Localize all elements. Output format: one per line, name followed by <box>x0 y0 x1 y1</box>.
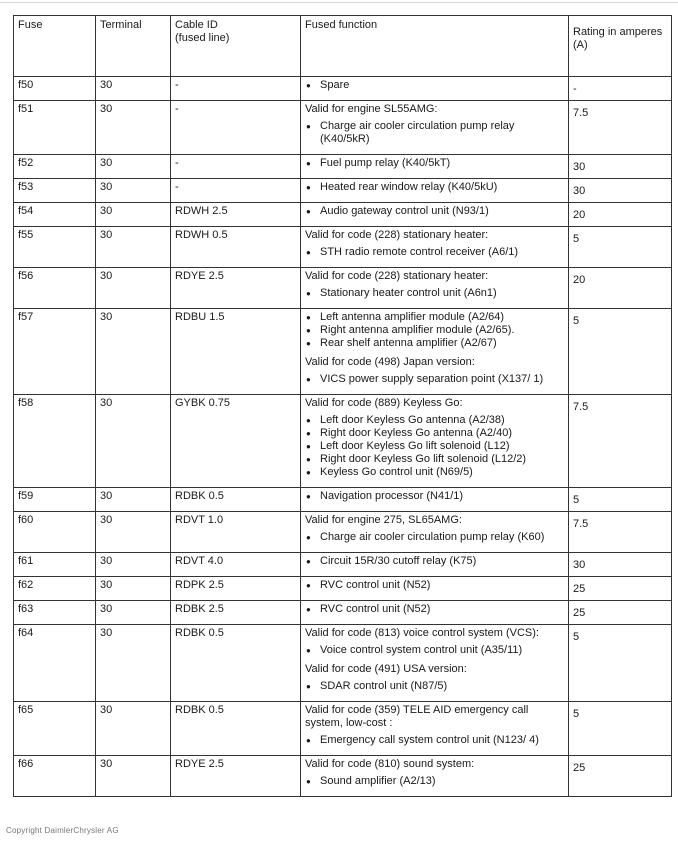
fused-function-cell: Fuel pump relay (K40/5kT) <box>301 155 569 179</box>
cable-id-cell: - <box>171 155 301 179</box>
function-item: Emergency call system control unit (N123… <box>305 734 564 747</box>
page-top-rule <box>0 2 678 3</box>
terminal-cell: 30 <box>96 756 171 797</box>
function-list: Circuit 15R/30 cutoff relay (K75) <box>305 555 564 568</box>
fuse-cell: f50 <box>14 77 96 101</box>
function-block: Valid for code (228) stationary heater:S… <box>305 229 564 259</box>
rating-cell: 7.5 <box>569 395 672 488</box>
function-block: Valid for code (810) sound system:Sound … <box>305 758 564 788</box>
terminal-cell: 30 <box>96 203 171 227</box>
terminal-cell: 30 <box>96 488 171 512</box>
function-item: Heated rear window relay (K40/5kU) <box>305 181 564 194</box>
table-row: f5030-Spare- <box>14 77 672 101</box>
function-item: Stationary heater control unit (A6n1) <box>305 287 564 300</box>
header-cable-id: Cable ID (fused line) <box>171 16 301 77</box>
header-fused-function: Fused function <box>301 16 569 77</box>
function-list: RVC control unit (N52) <box>305 579 564 592</box>
terminal-cell: 30 <box>96 512 171 553</box>
function-item: Left door Keyless Go antenna (A2/38) <box>305 414 564 427</box>
terminal-cell: 30 <box>96 702 171 756</box>
function-item: Right antenna amplifier module (A2/65). <box>305 324 564 337</box>
fused-function-cell: Valid for code (359) TELE AID emergency … <box>301 702 569 756</box>
rating-cell: 5 <box>569 625 672 702</box>
function-block: Valid for code (498) Japan version:VICS … <box>305 356 564 386</box>
function-item: Audio gateway control unit (N93/1) <box>305 205 564 218</box>
function-list: Fuel pump relay (K40/5kT) <box>305 157 564 170</box>
fuse-cell: f51 <box>14 101 96 155</box>
rating-cell: 25 <box>569 756 672 797</box>
table-row: f6330RDBK 2.5RVC control unit (N52)25 <box>14 601 672 625</box>
fused-function-cell: Valid for code (810) sound system:Sound … <box>301 756 569 797</box>
fused-function-cell: Circuit 15R/30 cutoff relay (K75) <box>301 553 569 577</box>
validity-note: Valid for engine 275, SL65AMG: <box>305 514 564 527</box>
header-terminal: Terminal <box>96 16 171 77</box>
cable-id-cell: RDBK 0.5 <box>171 625 301 702</box>
function-block: Valid for code (359) TELE AID emergency … <box>305 704 564 747</box>
function-block: Valid for engine 275, SL65AMG:Charge air… <box>305 514 564 544</box>
fuse-cell: f52 <box>14 155 96 179</box>
cable-id-cell: RDVT 4.0 <box>171 553 301 577</box>
rating-cell: - <box>569 77 672 101</box>
cable-id-cell: RDBK 2.5 <box>171 601 301 625</box>
cable-id-cell: - <box>171 77 301 101</box>
function-block: Circuit 15R/30 cutoff relay (K75) <box>305 555 564 568</box>
terminal-cell: 30 <box>96 395 171 488</box>
fuse-cell: f59 <box>14 488 96 512</box>
validity-note: Valid for code (813) voice control syste… <box>305 627 564 640</box>
table-row: f6130RDVT 4.0Circuit 15R/30 cutoff relay… <box>14 553 672 577</box>
fused-function-cell: Valid for code (228) stationary heater:S… <box>301 227 569 268</box>
function-item: Circuit 15R/30 cutoff relay (K75) <box>305 555 564 568</box>
fuse-cell: f56 <box>14 268 96 309</box>
fuse-cell: f62 <box>14 577 96 601</box>
table-row: f5130-Valid for engine SL55AMG:Charge ai… <box>14 101 672 155</box>
fused-function-cell: Navigation processor (N41/1) <box>301 488 569 512</box>
fused-function-cell: Spare <box>301 77 569 101</box>
rating-cell: 5 <box>569 227 672 268</box>
fuse-cell: f55 <box>14 227 96 268</box>
function-list: Sound amplifier (A2/13) <box>305 775 564 788</box>
validity-note: Valid for code (498) Japan version: <box>305 356 564 369</box>
fused-function-cell: Valid for code (889) Keyless Go:Left doo… <box>301 395 569 488</box>
terminal-cell: 30 <box>96 309 171 395</box>
function-item: Right door Keyless Go antenna (A2/40) <box>305 427 564 440</box>
fuse-cell: f60 <box>14 512 96 553</box>
rating-cell: 30 <box>569 155 672 179</box>
function-list: Voice control system control unit (A35/1… <box>305 644 564 657</box>
function-item: RVC control unit (N52) <box>305 603 564 616</box>
rating-cell: 30 <box>569 179 672 203</box>
header-rating: Rating in amperes (A) <box>569 16 672 77</box>
table-row: f5330-Heated rear window relay (K40/5kU)… <box>14 179 672 203</box>
fused-function-cell: Left antenna amplifier module (A2/64)Rig… <box>301 309 569 395</box>
table-row: f5430RDWH 2.5Audio gateway control unit … <box>14 203 672 227</box>
rating-cell: 30 <box>569 553 672 577</box>
fused-function-cell: Heated rear window relay (K40/5kU) <box>301 179 569 203</box>
validity-note: Valid for code (810) sound system: <box>305 758 564 771</box>
fused-function-cell: RVC control unit (N52) <box>301 601 569 625</box>
cable-id-cell: RDYE 2.5 <box>171 756 301 797</box>
function-item: Charge air cooler circulation pump relay… <box>305 531 564 544</box>
function-list: STH radio remote control receiver (A6/1) <box>305 246 564 259</box>
function-item: Voice control system control unit (A35/1… <box>305 644 564 657</box>
function-list: Left antenna amplifier module (A2/64)Rig… <box>305 311 564 350</box>
function-list: VICS power supply separation point (X137… <box>305 373 564 386</box>
fused-function-cell: RVC control unit (N52) <box>301 577 569 601</box>
rating-cell: 5 <box>569 488 672 512</box>
fuse-cell: f53 <box>14 179 96 203</box>
function-list: Left door Keyless Go antenna (A2/38)Righ… <box>305 414 564 479</box>
terminal-cell: 30 <box>96 179 171 203</box>
fused-function-cell: Valid for code (813) voice control syste… <box>301 625 569 702</box>
function-item: Right door Keyless Go lift solenoid (L12… <box>305 453 564 466</box>
function-item: Left door Keyless Go lift solenoid (L12) <box>305 440 564 453</box>
cable-id-cell: GYBK 0.75 <box>171 395 301 488</box>
rating-cell: 5 <box>569 702 672 756</box>
cable-id-cell: - <box>171 179 301 203</box>
fuse-cell: f66 <box>14 756 96 797</box>
function-list: SDAR control unit (N87/5) <box>305 680 564 693</box>
fuse-cell: f63 <box>14 601 96 625</box>
cable-id-cell: RDBU 1.5 <box>171 309 301 395</box>
function-block: Left antenna amplifier module (A2/64)Rig… <box>305 311 564 350</box>
rating-cell: 5 <box>569 309 672 395</box>
rating-cell: 7.5 <box>569 101 672 155</box>
terminal-cell: 30 <box>96 155 171 179</box>
table-row: f6530RDBK 0.5Valid for code (359) TELE A… <box>14 702 672 756</box>
function-item: RVC control unit (N52) <box>305 579 564 592</box>
function-item: Charge air cooler circulation pump relay… <box>305 120 564 146</box>
function-list: Audio gateway control unit (N93/1) <box>305 205 564 218</box>
cable-id-cell: RDWH 0.5 <box>171 227 301 268</box>
table-row: f5730RDBU 1.5Left antenna amplifier modu… <box>14 309 672 395</box>
fuse-cell: f57 <box>14 309 96 395</box>
cable-id-cell: RDPK 2.5 <box>171 577 301 601</box>
rating-cell: 7.5 <box>569 512 672 553</box>
cable-id-cell: RDYE 2.5 <box>171 268 301 309</box>
validity-note: Valid for code (889) Keyless Go: <box>305 397 564 410</box>
rating-cell: 25 <box>569 577 672 601</box>
fuse-cell: f61 <box>14 553 96 577</box>
validity-note: Valid for code (491) USA version: <box>305 663 564 676</box>
function-item: Left antenna amplifier module (A2/64) <box>305 311 564 324</box>
table-row: f5930RDBK 0.5Navigation processor (N41/1… <box>14 488 672 512</box>
function-list: Heated rear window relay (K40/5kU) <box>305 181 564 194</box>
rating-cell: 20 <box>569 203 672 227</box>
fuse-cell: f65 <box>14 702 96 756</box>
function-block: Valid for code (228) stationary heater:S… <box>305 270 564 300</box>
table-row: f6630RDYE 2.5Valid for code (810) sound … <box>14 756 672 797</box>
table-row: f5830GYBK 0.75Valid for code (889) Keyle… <box>14 395 672 488</box>
function-item: Keyless Go control unit (N69/5) <box>305 466 564 479</box>
function-list: Charge air cooler circulation pump relay… <box>305 120 564 146</box>
terminal-cell: 30 <box>96 601 171 625</box>
terminal-cell: 30 <box>96 268 171 309</box>
function-block: Audio gateway control unit (N93/1) <box>305 205 564 218</box>
cable-id-cell: RDBK 0.5 <box>171 702 301 756</box>
function-item: Rear shelf antenna amplifier (A2/67) <box>305 337 564 350</box>
function-item: Fuel pump relay (K40/5kT) <box>305 157 564 170</box>
function-item: SDAR control unit (N87/5) <box>305 680 564 693</box>
copyright-footer: Copyright DaimlerChrysler AG <box>6 826 119 835</box>
cable-id-cell: RDVT 1.0 <box>171 512 301 553</box>
function-item: STH radio remote control receiver (A6/1) <box>305 246 564 259</box>
function-list: Emergency call system control unit (N123… <box>305 734 564 747</box>
function-block: Valid for code (889) Keyless Go:Left doo… <box>305 397 564 479</box>
terminal-cell: 30 <box>96 577 171 601</box>
function-block: Valid for code (813) voice control syste… <box>305 627 564 657</box>
validity-note: Valid for code (228) stationary heater: <box>305 229 564 242</box>
cable-id-cell: - <box>171 101 301 155</box>
function-list: RVC control unit (N52) <box>305 603 564 616</box>
terminal-cell: 30 <box>96 553 171 577</box>
fuse-cell: f64 <box>14 625 96 702</box>
rating-cell: 25 <box>569 601 672 625</box>
fuse-cell: f54 <box>14 203 96 227</box>
fuse-table: Fuse Terminal Cable ID (fused line) Fuse… <box>13 15 672 797</box>
table-row: f6230RDPK 2.5RVC control unit (N52)25 <box>14 577 672 601</box>
terminal-cell: 30 <box>96 77 171 101</box>
table-row: f6430RDBK 0.5Valid for code (813) voice … <box>14 625 672 702</box>
terminal-cell: 30 <box>96 227 171 268</box>
function-item: Navigation processor (N41/1) <box>305 490 564 503</box>
fused-function-cell: Valid for engine 275, SL65AMG:Charge air… <box>301 512 569 553</box>
rating-cell: 20 <box>569 268 672 309</box>
function-block: Fuel pump relay (K40/5kT) <box>305 157 564 170</box>
cable-id-cell: RDWH 2.5 <box>171 203 301 227</box>
function-list: Charge air cooler circulation pump relay… <box>305 531 564 544</box>
function-list: Stationary heater control unit (A6n1) <box>305 287 564 300</box>
function-item: VICS power supply separation point (X137… <box>305 373 564 386</box>
function-block: Heated rear window relay (K40/5kU) <box>305 181 564 194</box>
table-body: f5030-Spare-f5130-Valid for engine SL55A… <box>14 77 672 797</box>
function-block: Navigation processor (N41/1) <box>305 490 564 503</box>
cable-id-cell: RDBK 0.5 <box>171 488 301 512</box>
function-item: Spare <box>305 79 564 92</box>
terminal-cell: 30 <box>96 625 171 702</box>
table-row: f5530RDWH 0.5Valid for code (228) statio… <box>14 227 672 268</box>
fused-function-cell: Audio gateway control unit (N93/1) <box>301 203 569 227</box>
function-block: RVC control unit (N52) <box>305 579 564 592</box>
fuse-cell: f58 <box>14 395 96 488</box>
terminal-cell: 30 <box>96 101 171 155</box>
function-block: RVC control unit (N52) <box>305 603 564 616</box>
table-header-row: Fuse Terminal Cable ID (fused line) Fuse… <box>14 16 672 77</box>
table-row: f5230-Fuel pump relay (K40/5kT)30 <box>14 155 672 179</box>
function-block: Spare <box>305 79 564 92</box>
header-fuse: Fuse <box>14 16 96 77</box>
table-row: f6030RDVT 1.0Valid for engine 275, SL65A… <box>14 512 672 553</box>
validity-note: Valid for code (228) stationary heater: <box>305 270 564 283</box>
table-row: f5630RDYE 2.5Valid for code (228) statio… <box>14 268 672 309</box>
function-item: Sound amplifier (A2/13) <box>305 775 564 788</box>
fused-function-cell: Valid for code (228) stationary heater:S… <box>301 268 569 309</box>
function-list: Navigation processor (N41/1) <box>305 490 564 503</box>
function-list: Spare <box>305 79 564 92</box>
validity-note: Valid for code (359) TELE AID emergency … <box>305 704 564 730</box>
validity-note: Valid for engine SL55AMG: <box>305 103 564 116</box>
function-block: Valid for engine SL55AMG:Charge air cool… <box>305 103 564 146</box>
fused-function-cell: Valid for engine SL55AMG:Charge air cool… <box>301 101 569 155</box>
function-block: Valid for code (491) USA version:SDAR co… <box>305 663 564 693</box>
